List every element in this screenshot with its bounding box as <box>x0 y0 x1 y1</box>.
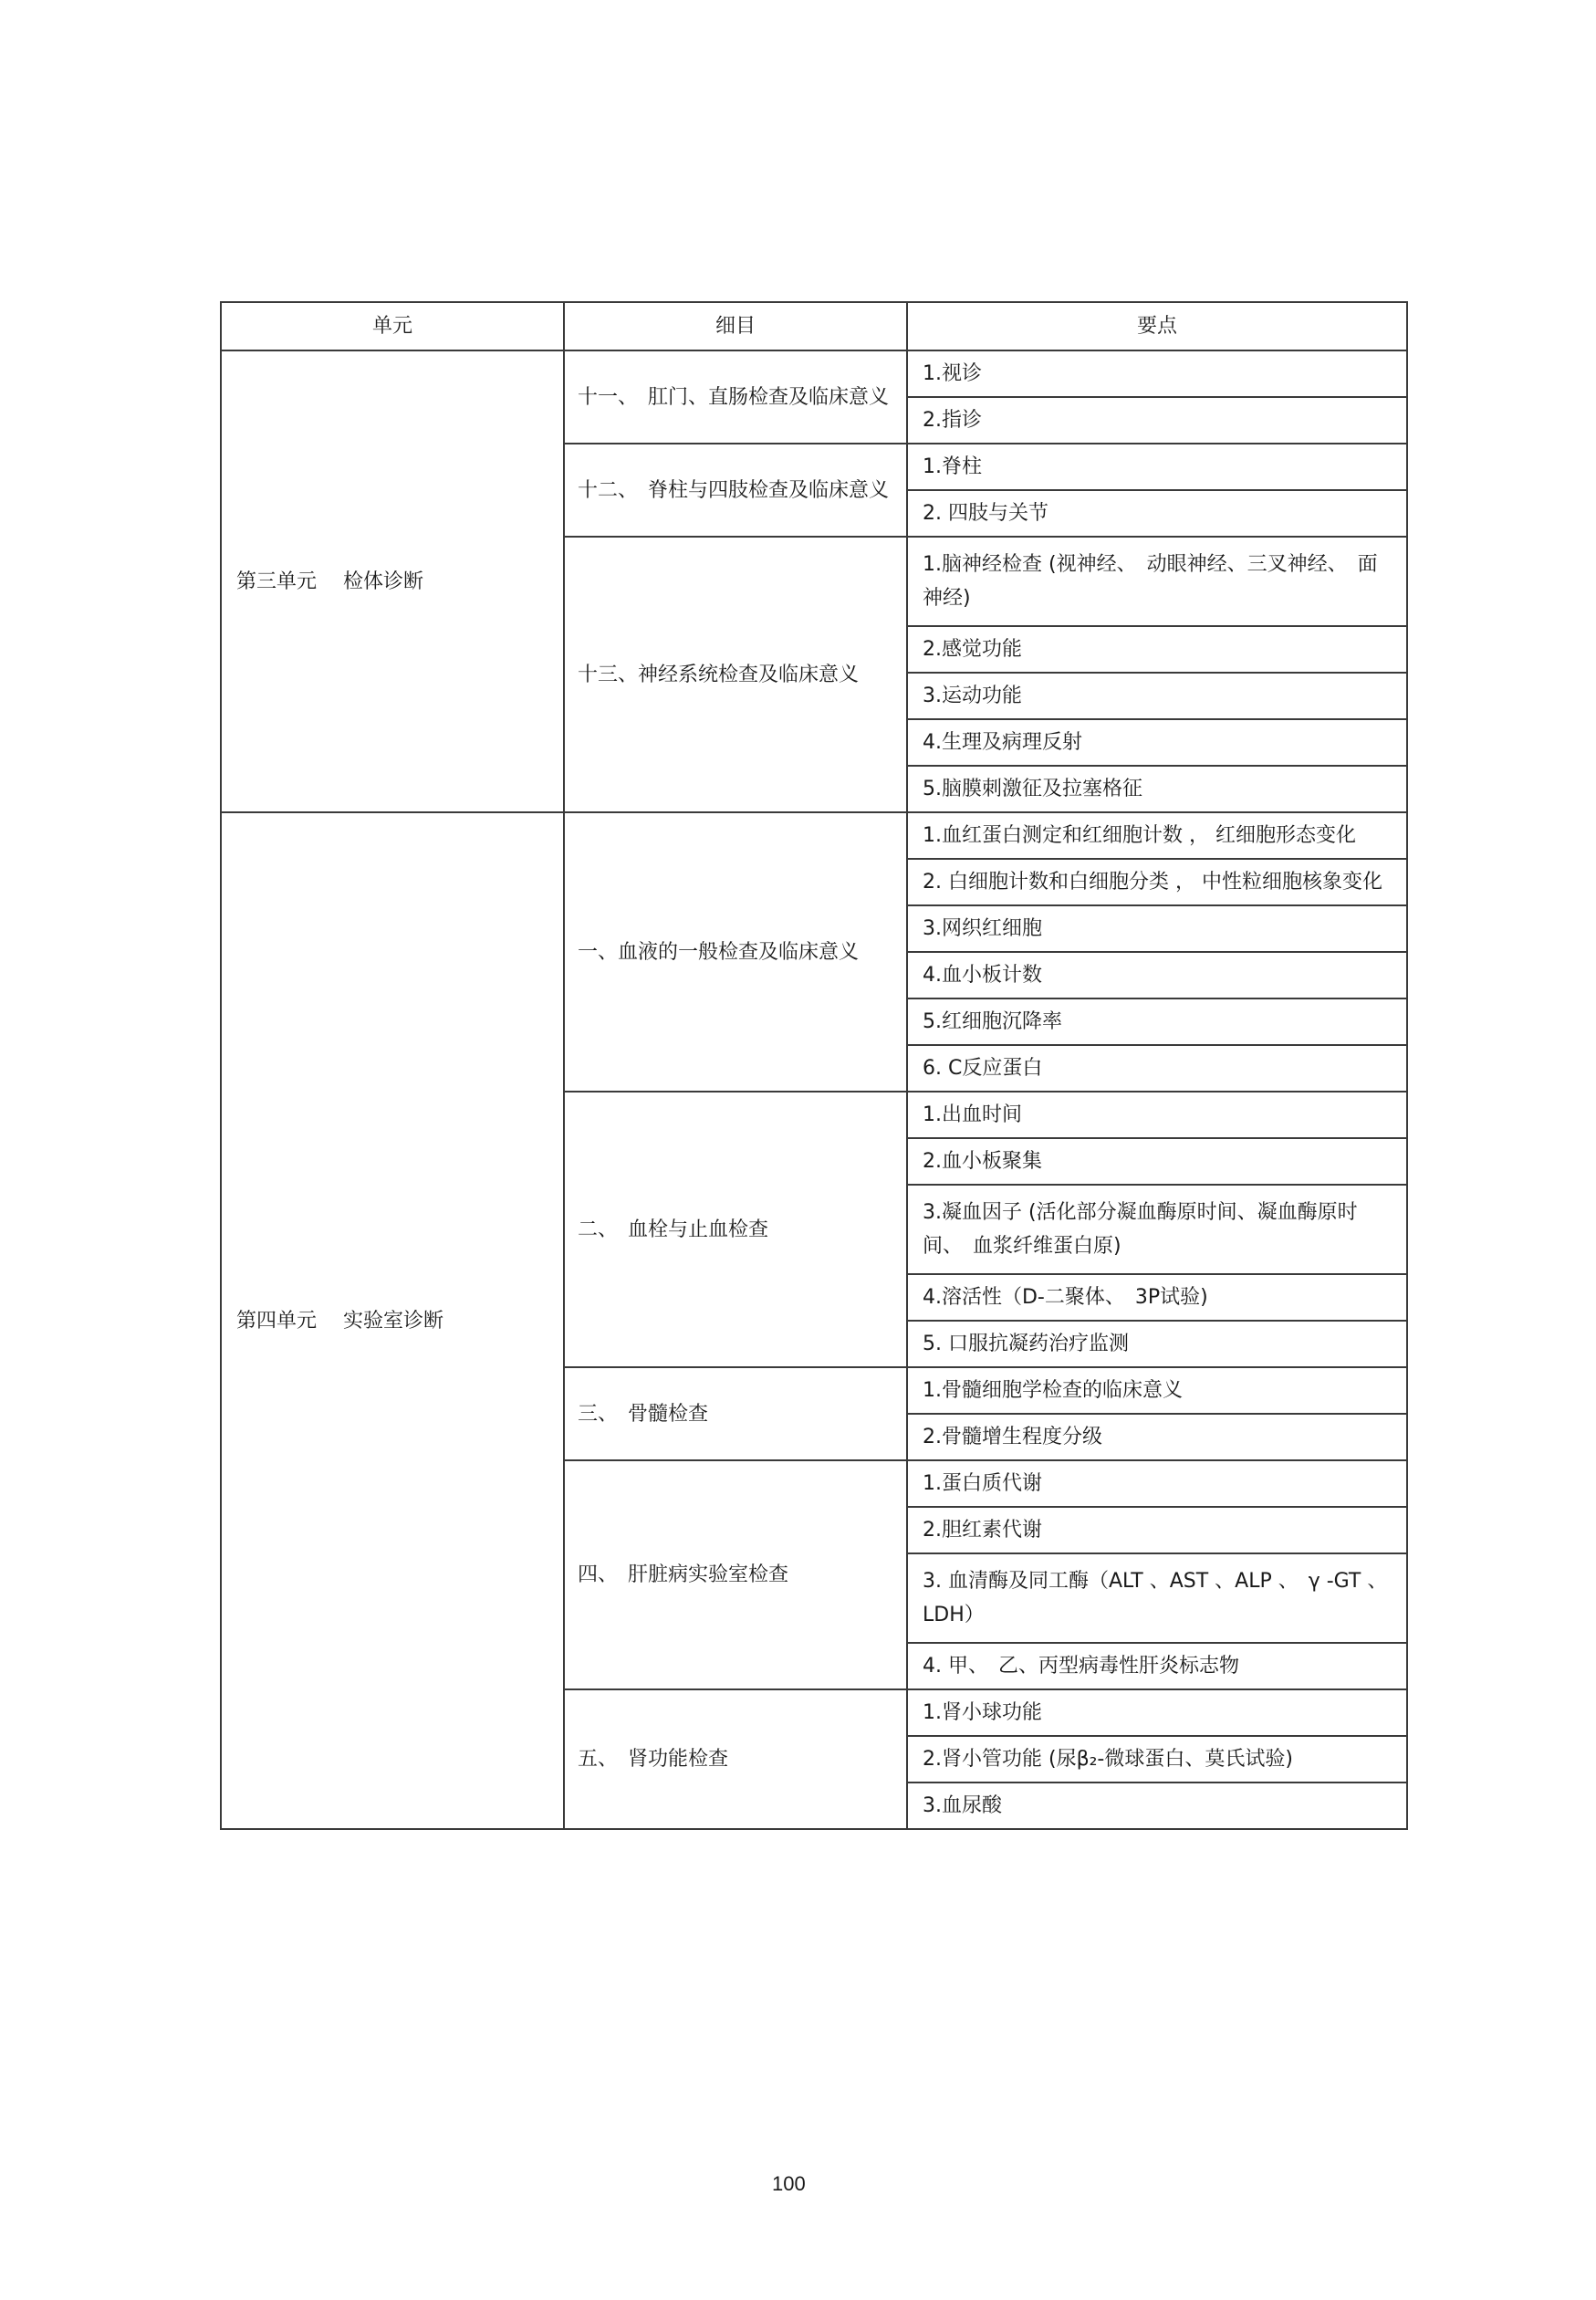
point-cell: 1.肾小球功能 <box>907 1689 1407 1736</box>
header-unit: 单元 <box>221 302 564 350</box>
point-cell: 2. 四肢与关节 <box>907 490 1407 537</box>
point-cell: 4.生理及病理反射 <box>907 719 1407 766</box>
point-cell: 3.血尿酸 <box>907 1782 1407 1829</box>
point-cell: 1.脊柱 <box>907 444 1407 490</box>
unit-cell: 第三单元 检体诊断 <box>221 350 564 812</box>
point-cell: 1.脑神经检查 (视神经、 动眼神经、三叉神经、 面神经) <box>907 537 1407 626</box>
item-cell: 十一、 肛门、直肠检查及临床意义 <box>564 350 907 444</box>
point-cell: 2.肾小管功能 (尿β₂-微球蛋白、莫氏试验) <box>907 1736 1407 1782</box>
point-cell: 5.脑膜刺激征及拉塞格征 <box>907 766 1407 812</box>
point-cell: 4.溶活性（D-二聚体、 3P试验) <box>907 1274 1407 1321</box>
item-cell: 三、 骨髓检查 <box>564 1367 907 1460</box>
item-cell: 四、 肝脏病实验室检查 <box>564 1460 907 1689</box>
item-cell: 十三、神经系统检查及临床意义 <box>564 537 907 812</box>
point-cell: 6. C反应蛋白 <box>907 1045 1407 1092</box>
point-cell: 3.网织红细胞 <box>907 905 1407 952</box>
point-cell: 4. 甲、 乙、丙型病毒性肝炎标志物 <box>907 1643 1407 1689</box>
point-cell: 2.血小板聚集 <box>907 1138 1407 1185</box>
point-cell: 4.血小板计数 <box>907 952 1407 998</box>
point-cell: 1.骨髓细胞学检查的临床意义 <box>907 1367 1407 1414</box>
point-cell: 5.红细胞沉降率 <box>907 998 1407 1045</box>
table-row: 第四单元 实验室诊断 一、血液的一般检查及临床意义 1.血红蛋白测定和红细胞计数… <box>221 812 1407 859</box>
item-cell: 二、 血栓与止血检查 <box>564 1092 907 1367</box>
point-cell: 1.蛋白质代谢 <box>907 1460 1407 1507</box>
point-cell: 1.出血时间 <box>907 1092 1407 1138</box>
point-cell: 2.感觉功能 <box>907 626 1407 673</box>
page-number: 100 <box>772 2172 806 2196</box>
point-cell: 2. 白细胞计数和白细胞分类 ， 中性粒细胞核象变化 <box>907 859 1407 905</box>
item-cell: 一、血液的一般检查及临床意义 <box>564 812 907 1092</box>
point-cell: 1.血红蛋白测定和红细胞计数 ， 红细胞形态变化 <box>907 812 1407 859</box>
header-row: 单元 细目 要点 <box>221 302 1407 350</box>
point-cell: 3.运动功能 <box>907 673 1407 719</box>
table-row: 第三单元 检体诊断 十一、 肛门、直肠检查及临床意义 1.视诊 <box>221 350 1407 397</box>
point-cell: 2.胆红素代谢 <box>907 1507 1407 1553</box>
item-cell: 十二、 脊柱与四肢检查及临床意义 <box>564 444 907 537</box>
item-cell: 五、 肾功能检查 <box>564 1689 907 1829</box>
unit-cell: 第四单元 实验室诊断 <box>221 812 564 1829</box>
header-points: 要点 <box>907 302 1407 350</box>
syllabus-table: 单元 细目 要点 第三单元 检体诊断 十一、 肛门、直肠检查及临床意义 1.视诊… <box>220 301 1408 1830</box>
point-cell: 1.视诊 <box>907 350 1407 397</box>
point-cell: 2.骨髓增生程度分级 <box>907 1414 1407 1460</box>
point-cell: 3. 血清酶及同工酶（ALT 、AST 、ALP 、 γ -GT 、 LDH） <box>907 1553 1407 1643</box>
point-cell: 2.指诊 <box>907 397 1407 444</box>
point-cell: 3.凝血因子 (活化部分凝血酶原时间、凝血酶原时 间、 血浆纤维蛋白原) <box>907 1185 1407 1274</box>
header-item: 细目 <box>564 302 907 350</box>
point-cell: 5. 口服抗凝药治疗监测 <box>907 1321 1407 1367</box>
